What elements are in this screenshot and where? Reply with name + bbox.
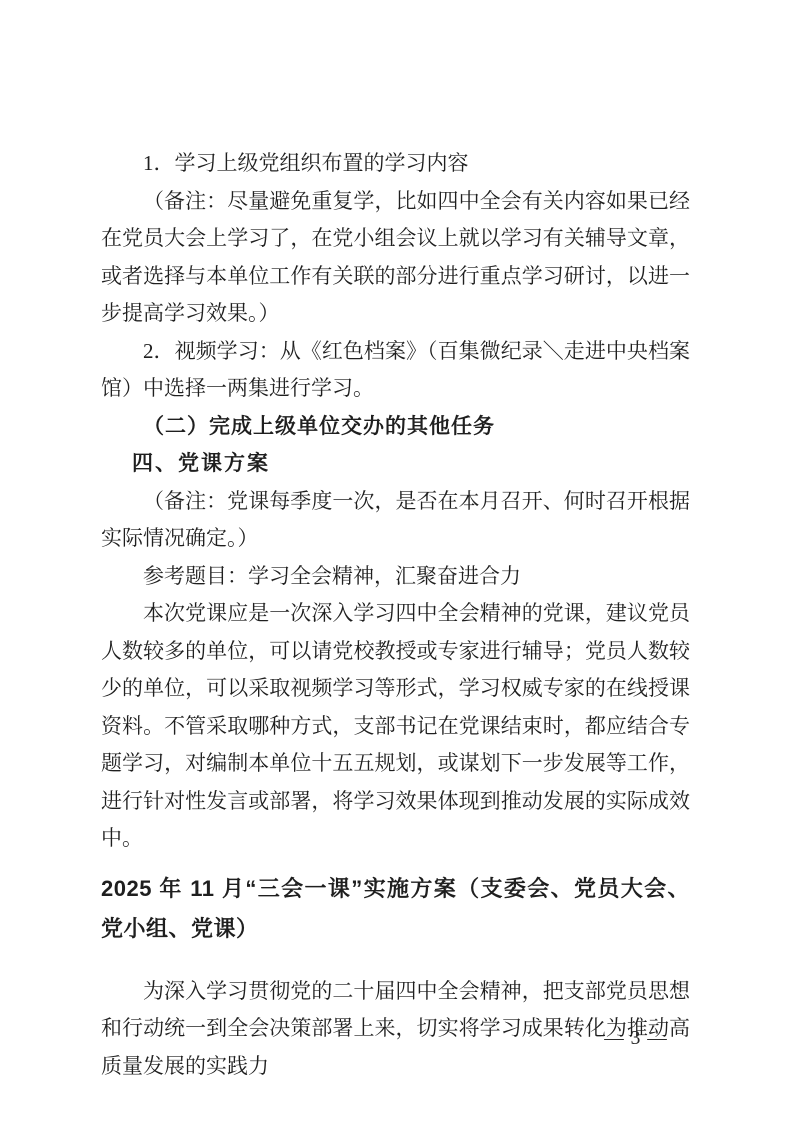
paragraph-lecture-details: 本次党课应是一次深入学习四中全会精神的党课，建议党员人数较多的单位，可以请党校教… xyxy=(101,595,690,858)
paragraph-reference-topic: 参考题目：学习全会精神，汇聚奋进合力 xyxy=(101,558,690,596)
section-heading-party-lecture-plan: 四、党课方案 xyxy=(101,445,690,483)
document-page: 1．学习上级党组织布置的学习内容 （备注：尽量避免重复学，比如四中全会有关内容如… xyxy=(0,0,793,1122)
document-body: 1．学习上级党组织布置的学习内容 （备注：尽量避免重复学，比如四中全会有关内容如… xyxy=(101,145,690,1085)
note-paragraph-lecture-schedule: （备注：党课每季度一次，是否在本月召开、何时召开根据实际情况确定。） xyxy=(101,483,690,558)
subsection-heading-other-tasks: （二）完成上级单位交办的其他任务 xyxy=(101,408,690,446)
note-paragraph-study: （备注：尽量避免重复学，比如四中全会有关内容如果已经在党员大会上学习了，在党小组… xyxy=(101,183,690,333)
numbered-item-2: 2．视频学习：从《红色档案》（百集微纪录＼走进中央档案馆）中选择一两集进行学习。 xyxy=(101,333,690,408)
page-number: — 3 — xyxy=(596,1028,676,1050)
document-title: 2025 年 11 月“三会一课”实施方案（支委会、党员大会、党小组、党课） xyxy=(101,869,690,949)
numbered-item-1: 1．学习上级党组织布置的学习内容 xyxy=(101,145,690,183)
